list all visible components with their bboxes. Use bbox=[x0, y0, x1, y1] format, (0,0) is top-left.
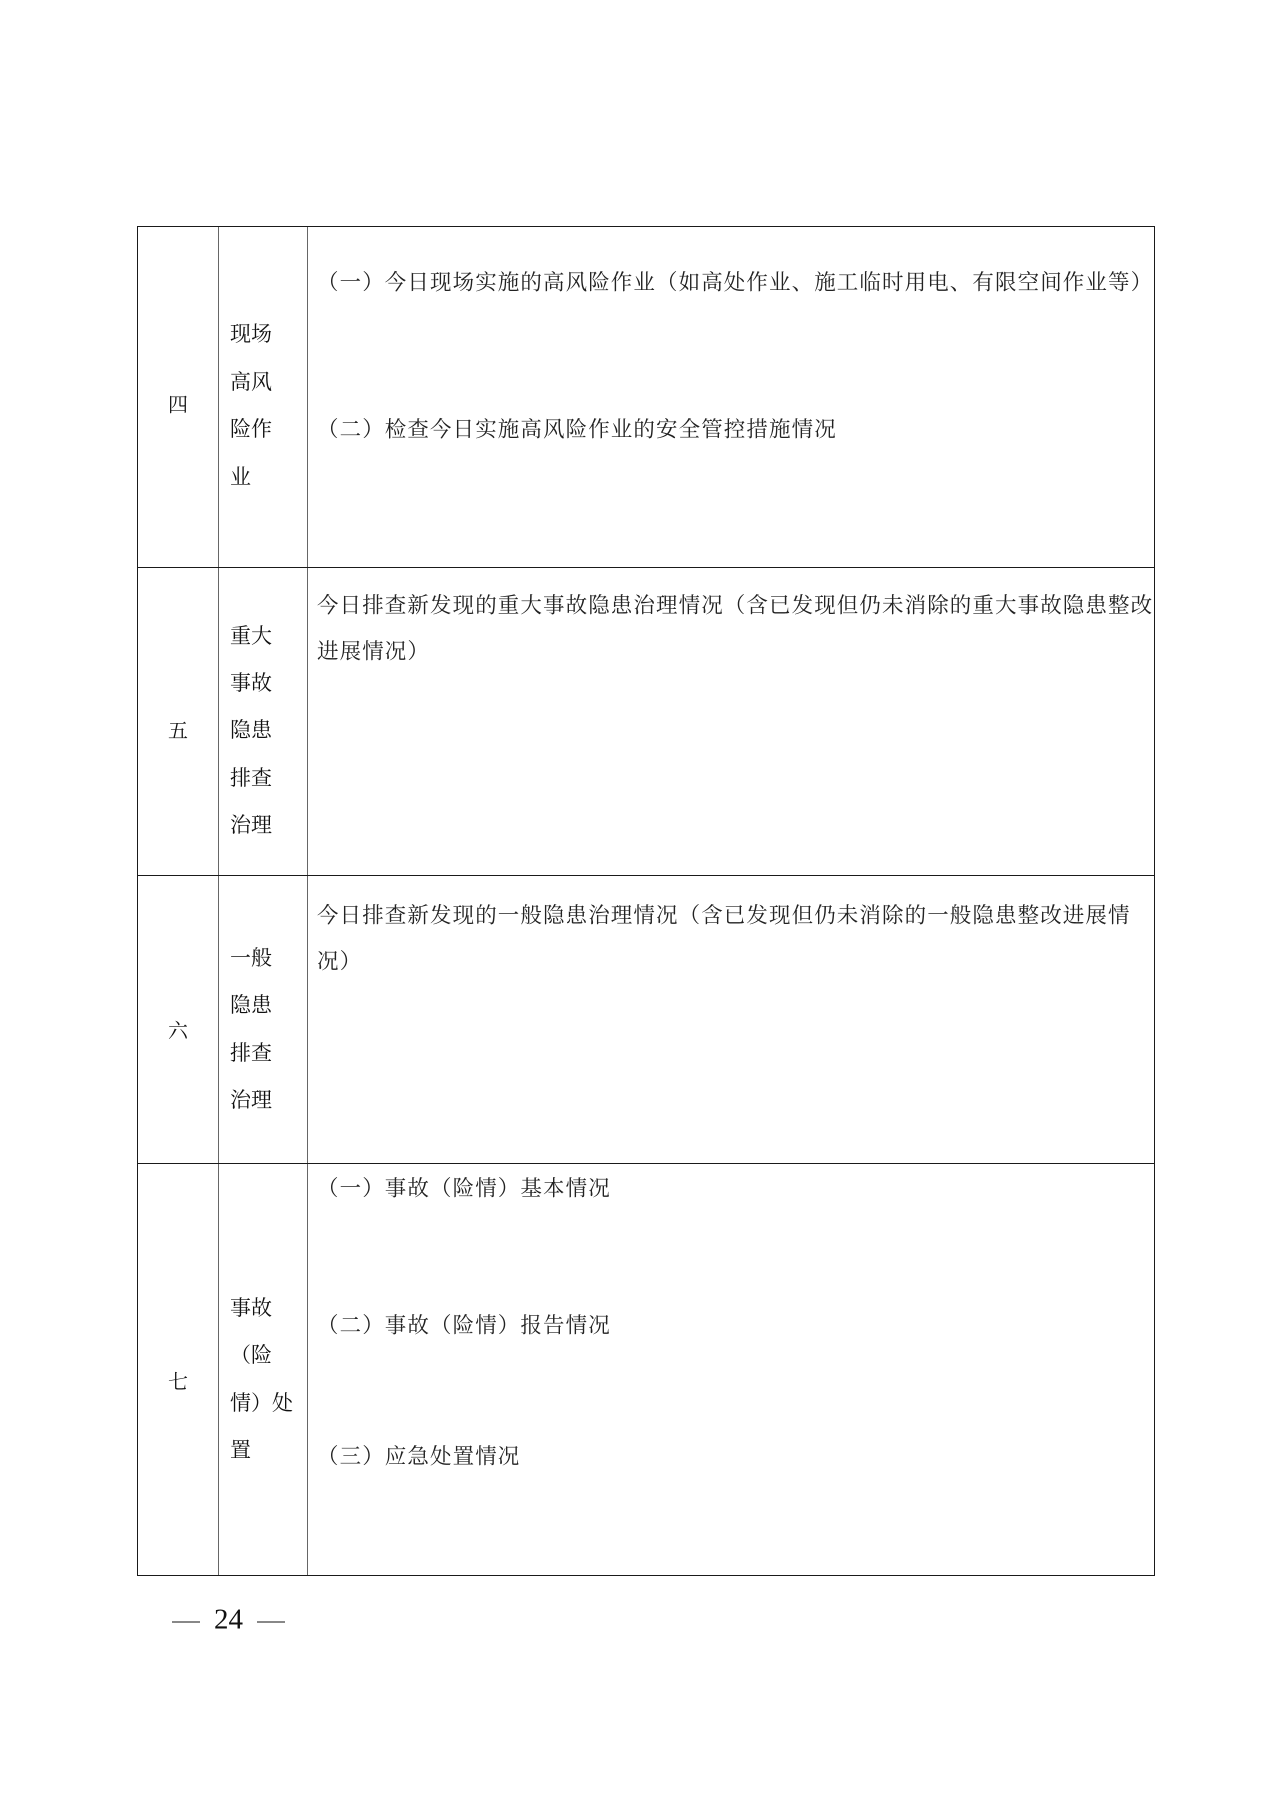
column-divider bbox=[307, 227, 308, 567]
column-divider bbox=[218, 568, 219, 875]
row-label-line: 业 bbox=[230, 461, 251, 491]
row-label-line: 置 bbox=[230, 1434, 251, 1464]
row-content-line: （二）事故（险情）报告情况 bbox=[317, 1309, 611, 1340]
row-label-line: 事故 bbox=[230, 667, 272, 697]
column-divider bbox=[218, 1164, 219, 1575]
page-number-value: 24 bbox=[214, 1604, 243, 1637]
table-row-4: 四 现场 高风 险作 业 （一）今日现场实施的高风险作业（如高处作业、施工临时用… bbox=[138, 227, 1154, 567]
row-label-line: 隐患 bbox=[230, 989, 272, 1019]
row-label-line: 排查 bbox=[230, 1037, 272, 1067]
row-label-line: 治理 bbox=[230, 809, 272, 839]
row-label-line: 治理 bbox=[230, 1084, 272, 1114]
column-divider bbox=[307, 1164, 308, 1575]
row-content-line: （二）检查今日实施高风险作业的安全管控措施情况 bbox=[317, 413, 837, 444]
column-divider bbox=[218, 227, 219, 567]
page-number-dash bbox=[257, 1621, 285, 1622]
row-content-line: （一）事故（险情）基本情况 bbox=[317, 1172, 611, 1203]
row-content-line: 今日排查新发现的一般隐患治理情况（含已发现但仍未消除的一般隐患整改进展情 bbox=[317, 899, 1131, 930]
row-number: 四 bbox=[138, 389, 218, 418]
row-content-line: （三）应急处置情况 bbox=[317, 1440, 520, 1471]
row-label-line: 险作 bbox=[230, 413, 272, 443]
row-content-line: （一）今日现场实施的高风险作业（如高处作业、施工临时用电、有限空间作业等） bbox=[317, 266, 1153, 297]
row-label-line: 隐患 bbox=[230, 714, 272, 744]
row-label-line: 一般 bbox=[230, 942, 272, 972]
row-content-line: 今日排查新发现的重大事故隐患治理情况（含已发现但仍未消除的重大事故隐患整改 bbox=[317, 589, 1153, 620]
table-row-5: 五 重大 事故 隐患 排查 治理 今日排查新发现的重大事故隐患治理情况（含已发现… bbox=[138, 567, 1154, 875]
row-label-line: 高风 bbox=[230, 366, 272, 396]
row-number: 七 bbox=[138, 1366, 218, 1395]
row-content-line: 况） bbox=[317, 945, 362, 976]
row-label-line: 重大 bbox=[230, 620, 272, 650]
column-divider bbox=[307, 876, 308, 1163]
column-divider bbox=[307, 568, 308, 875]
document-page: 四 现场 高风 险作 业 （一）今日现场实施的高风险作业（如高处作业、施工临时用… bbox=[0, 0, 1280, 1810]
row-label-line: 情）处 bbox=[230, 1387, 293, 1417]
table-row-6: 六 一般 隐患 排查 治理 今日排查新发现的一般隐患治理情况（含已发现但仍未消除… bbox=[138, 875, 1154, 1163]
report-table: 四 现场 高风 险作 业 （一）今日现场实施的高风险作业（如高处作业、施工临时用… bbox=[137, 226, 1155, 1576]
row-number: 五 bbox=[138, 715, 218, 744]
row-label-line: 事故 bbox=[230, 1292, 272, 1322]
column-divider bbox=[218, 876, 219, 1163]
row-content-line: 进展情况） bbox=[317, 635, 430, 666]
row-label-line: 现场 bbox=[230, 318, 272, 348]
page-number-dash bbox=[172, 1621, 200, 1622]
row-label-line: （险 bbox=[230, 1339, 272, 1369]
row-number: 六 bbox=[138, 1015, 218, 1044]
table-row-7: 七 事故 （险 情）处 置 （一）事故（险情）基本情况 （二）事故（险情）报告情… bbox=[138, 1163, 1154, 1575]
row-label-line: 排查 bbox=[230, 762, 272, 792]
page-number: 24 bbox=[172, 1604, 285, 1637]
